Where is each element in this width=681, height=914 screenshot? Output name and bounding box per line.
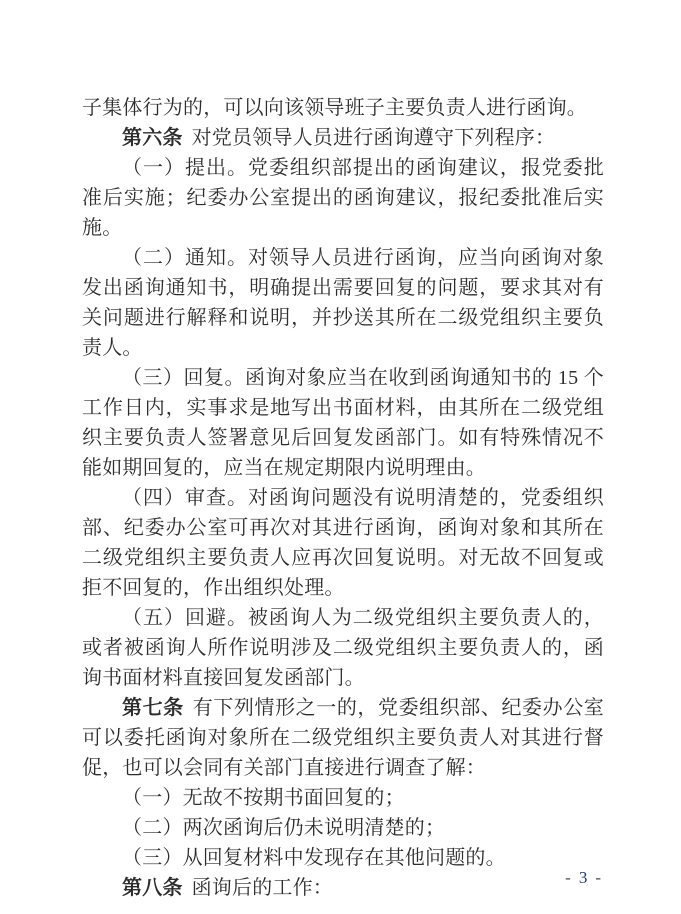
- article-number: 第六条: [122, 127, 183, 149]
- paragraph: 第七条有下列情形之一的，党委组织部、纪委办公室可以委托函询对象所在二级党组织主要…: [82, 693, 604, 783]
- paragraph: （一）无故不按期书面回复的；: [82, 783, 604, 813]
- paragraph: （五）回避。被函询人为二级党组织主要负责人的，或者被函询人所作说明涉及二级党组织…: [82, 603, 604, 693]
- paragraph-text: （一）提出。党委组织部提出的函询建议，报党委批准后实施；纪委办公室提出的函询建议…: [82, 157, 604, 239]
- page-number-value: 3: [573, 868, 596, 887]
- paragraph: （四）审查。对函询问题没有说明清楚的，党委组织部、纪委办公室可再次对其进行函询，…: [82, 483, 604, 603]
- paragraph-text: （二）通知。对领导人员进行函询，应当向函询对象发出函询通知书，明确提出需要回复的…: [82, 247, 604, 359]
- paragraph-text: （四）审查。对函询问题没有说明清楚的，党委组织部、纪委办公室可再次对其进行函询，…: [82, 487, 604, 599]
- paragraph: （一）提出。党委组织部提出的函询建议，报党委批准后实施；纪委办公室提出的函询建议…: [82, 153, 604, 243]
- paragraph-text: 子集体行为的，可以向该领导班子主要负责人进行函询。: [82, 97, 587, 119]
- paragraph: （二）通知。对领导人员进行函询，应当向函询对象发出函询通知书，明确提出需要回复的…: [82, 243, 604, 363]
- article-number: 第七条: [122, 697, 184, 719]
- paragraph: （三）从回复材料中发现存在其他问题的。: [82, 843, 604, 873]
- page-number: -3-: [565, 866, 603, 890]
- document-page: 子集体行为的，可以向该领导班子主要负责人进行函询。 第六条对党员领导人员进行函询…: [0, 0, 681, 914]
- page-number-dash-right: -: [595, 868, 603, 887]
- page-number-dash-left: -: [565, 868, 573, 887]
- paragraph-text: （三）回复。函询对象应当在收到函询通知书的 15 个工作日内，实事求是地写出书面…: [82, 367, 604, 479]
- paragraph: （二）两次函询后仍未说明清楚的；: [82, 813, 604, 843]
- paragraph-text: （二）两次函询后仍未说明清楚的；: [122, 817, 445, 839]
- paragraph-text: （五）回避。被函询人为二级党组织主要负责人的，或者被函询人所作说明涉及二级党组织…: [82, 607, 604, 689]
- paragraph-text: （三）从回复材料中发现存在其他问题的。: [122, 847, 506, 869]
- paragraph: 子集体行为的，可以向该领导班子主要负责人进行函询。: [82, 93, 604, 123]
- paragraph-text: 函询后的工作：: [192, 877, 333, 899]
- paragraph-text: （一）无故不按期书面回复的；: [122, 787, 405, 809]
- paragraph: 第六条对党员领导人员进行函询遵守下列程序：: [82, 123, 604, 153]
- paragraph: （三）回复。函询对象应当在收到函询通知书的 15 个工作日内，实事求是地写出书面…: [82, 363, 604, 483]
- paragraph-text: 对党员领导人员进行函询遵守下列程序：: [192, 127, 556, 149]
- article-number: 第八条: [122, 877, 183, 899]
- document-body: 子集体行为的，可以向该领导班子主要负责人进行函询。 第六条对党员领导人员进行函询…: [82, 93, 604, 903]
- paragraph: 第八条函询后的工作：: [82, 873, 604, 903]
